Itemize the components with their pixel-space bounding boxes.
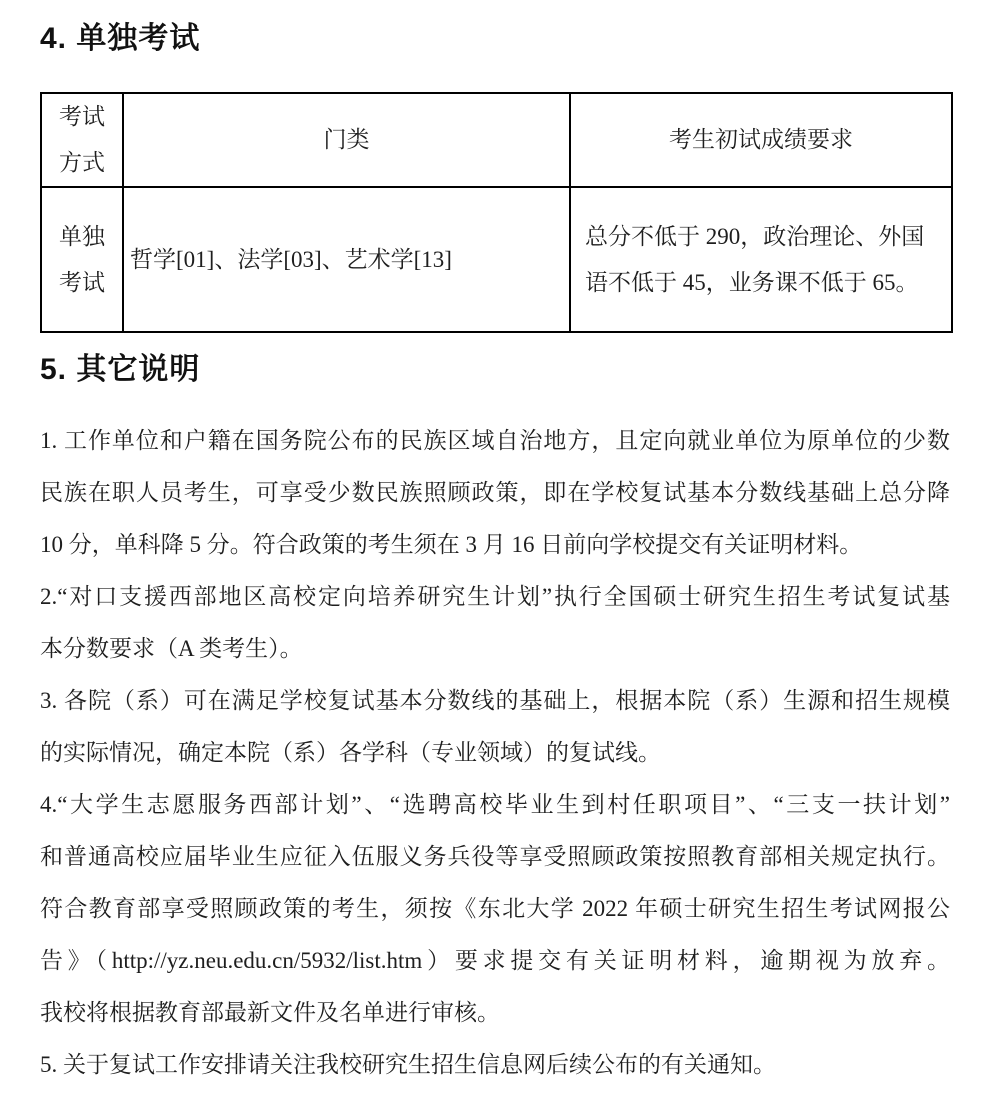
note-3-line-2: 的实际情况，确定本院（系）各学科（专业领域）的复试线。 [40,727,950,779]
note-4-line-2: 和普通高校应届毕业生应征入伍服义务兵役等享受照顾政策按照教育部相关规定执行。 [40,831,950,883]
cell-categories: 哲学[01]、法学[03]、艺术学[13] [123,187,570,332]
other-notes-text: 1. 工作单位和户籍在国务院公布的民族区域自治地方，且定向就业单位为原单位的少数… [40,415,950,1091]
col-header-exam-mode: 考试方式 [41,93,123,187]
table-data-row: 单独考试 哲学[01]、法学[03]、艺术学[13] 总分不低于 290，政治理… [41,187,952,332]
table-header-row: 考试方式 门类 考生初试成绩要求 [41,93,952,187]
note-3-line-1: 3. 各院（系）可在满足学校复试基本分数线的基础上，根据本院（系）生源和招生规模 [40,675,950,727]
note-4-line-3: 符合教育部享受照顾政策的考生，须按《东北大学 2022 年硕士研究生招生考试网报… [40,883,950,935]
note-5-line-1: 5. 关于复试工作安排请关注我校研究生招生信息网后续公布的有关通知。 [40,1039,950,1091]
cell-score-requirement: 总分不低于 290，政治理论、外国语不低于 45，业务课不低于 65。 [570,187,952,332]
section-5-heading: 5. 其它说明 [40,351,200,389]
note-4-line-1: 4.“大学生志愿服务西部计划”、“选聘高校毕业生到村任职项目”、“三支一扶计划” [40,779,950,831]
col-header-category: 门类 [123,93,570,187]
note-2-line-1: 2.“对口支援西部地区高校定向培养研究生计划”执行全国硕士研究生招生考试复试基 [40,571,950,623]
section-4-heading: 4. 单独考试 [40,20,200,58]
col-header-score-requirement: 考生初试成绩要求 [570,93,952,187]
note-1-line-2: 民族在职人员考生，可享受少数民族照顾政策，即在学校复试基本分数线基础上总分降 [40,467,950,519]
note-4-line-4: 告》（http://yz.neu.edu.cn/5932/list.htm）要求… [40,935,950,987]
note-4-line-5: 我校将根据教育部最新文件及名单进行审核。 [40,987,950,1039]
separate-exam-table: 考试方式 门类 考生初试成绩要求 单独考试 哲学[01]、法学[03]、艺术学[… [40,92,953,333]
note-1-line-1: 1. 工作单位和户籍在国务院公布的民族区域自治地方，且定向就业单位为原单位的少数 [40,415,950,467]
note-1-line-3: 10 分，单科降 5 分。符合政策的考生须在 3 月 16 日前向学校提交有关证… [40,519,950,571]
cell-exam-mode: 单独考试 [41,187,123,332]
document-page: 4. 单独考试 考试方式 门类 考生初试成绩要求 单独考试 哲学[01]、法学[… [0,0,989,1116]
note-2-line-2: 本分数要求（A 类考生）。 [40,623,950,675]
